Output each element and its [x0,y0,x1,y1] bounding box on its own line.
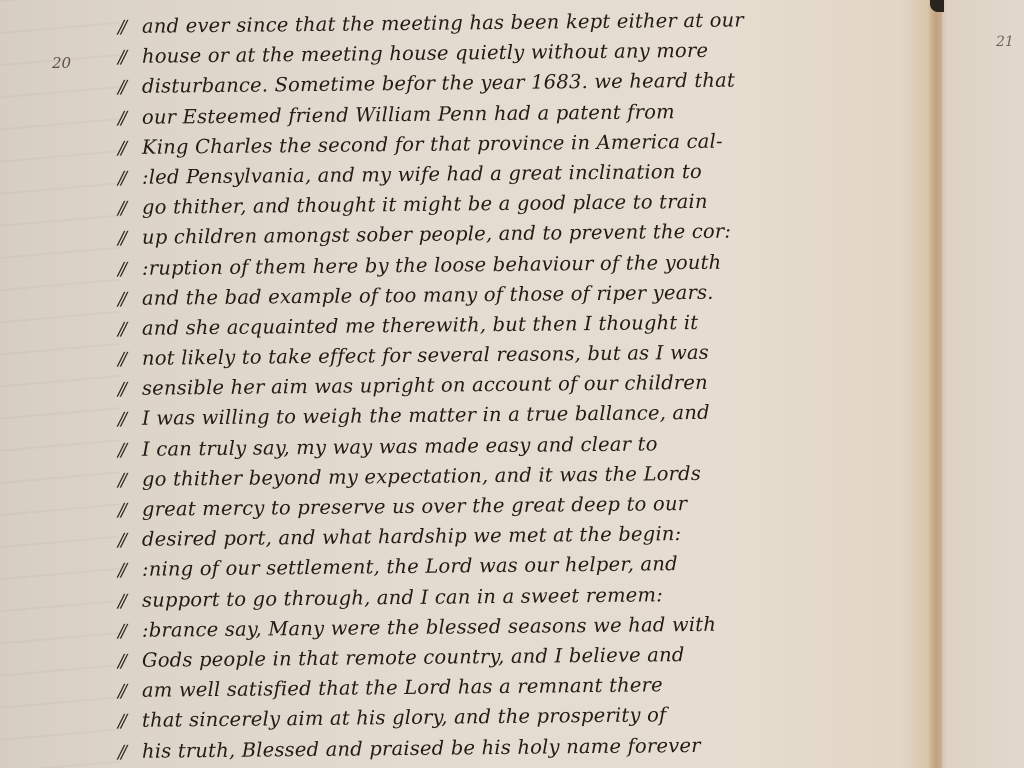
line-marker: // [118,466,142,496]
line-marker: // [118,616,142,646]
line-marker: // [118,43,142,73]
line-text: desired port, and what hardship we met a… [142,522,682,551]
line-text: our Esteemed friend William Penn had a p… [142,100,675,129]
line-marker: // [118,194,142,224]
line-text: go thither beyond my expectation, and it… [142,462,701,491]
line-marker: // [118,647,142,677]
line-text: :ruption of them here by the loose behav… [142,250,722,279]
manuscript-text-block: //and ever since that the meeting has be… [118,12,938,767]
line-marker: // [118,405,142,435]
line-text: Gods people in that remote country, and … [142,643,685,672]
line-text: :brance say, Many were the blessed seaso… [142,612,716,641]
line-marker: // [118,315,142,345]
line-text: and she acquainted me therewith, but the… [142,311,699,340]
line-marker: // [118,254,142,284]
line-text: that sincerely aim at his glory, and the… [142,704,667,732]
line-text: great mercy to preserve us over the grea… [142,492,687,521]
line-marker: // [118,224,142,254]
line-marker: // [118,707,142,737]
line-marker: // [118,375,142,405]
line-marker: // [118,103,142,133]
line-text: not likely to take effect for several re… [142,341,709,370]
line-marker: // [118,496,142,526]
line-marker: // [118,556,142,586]
line-marker: // [118,435,142,465]
line-text: am well satisfied that the Lord has a re… [142,673,663,701]
right-page-number: 21 [996,34,1014,50]
line-marker: // [118,526,142,556]
line-text: I was willing to weigh the matter in a t… [142,401,710,430]
line-text: and ever since that the meeting has been… [142,8,744,37]
line-text: :led Pensylvania, and my wife had a grea… [142,160,702,189]
manuscript-spread: 20 21 //and ever since that the meeting … [0,0,1024,768]
line-marker: // [118,586,142,616]
line-marker: // [118,737,142,767]
line-text: I can truly say, my way was made easy an… [142,432,658,460]
line-marker: // [118,677,142,707]
line-text: support to go through, and I can in a sw… [142,583,663,611]
line-marker: // [118,133,142,163]
line-text: sensible her aim was upright on account … [142,371,708,400]
line-text: :ning of our settlement, the Lord was ou… [142,553,678,582]
line-marker: // [118,164,142,194]
line-text: go thither, and thought it might be a go… [142,190,708,219]
line-text: disturbance. Sometime befor the year 168… [142,69,735,98]
line-text: house or at the meeting house quietly wi… [142,39,708,68]
facing-page-bleed-through [0,0,120,768]
line-marker: // [118,13,142,43]
line-text: and the bad example of too many of those… [142,280,714,309]
line-text: his truth, Blessed and praised be his ho… [142,733,701,762]
line-text: King Charles the second for that provinc… [142,129,723,158]
left-page-number: 20 [52,54,71,72]
line-text: up children amongst sober people, and to… [142,220,731,249]
line-marker: // [118,73,142,103]
line-marker: // [118,345,142,375]
line-marker: // [118,284,142,314]
